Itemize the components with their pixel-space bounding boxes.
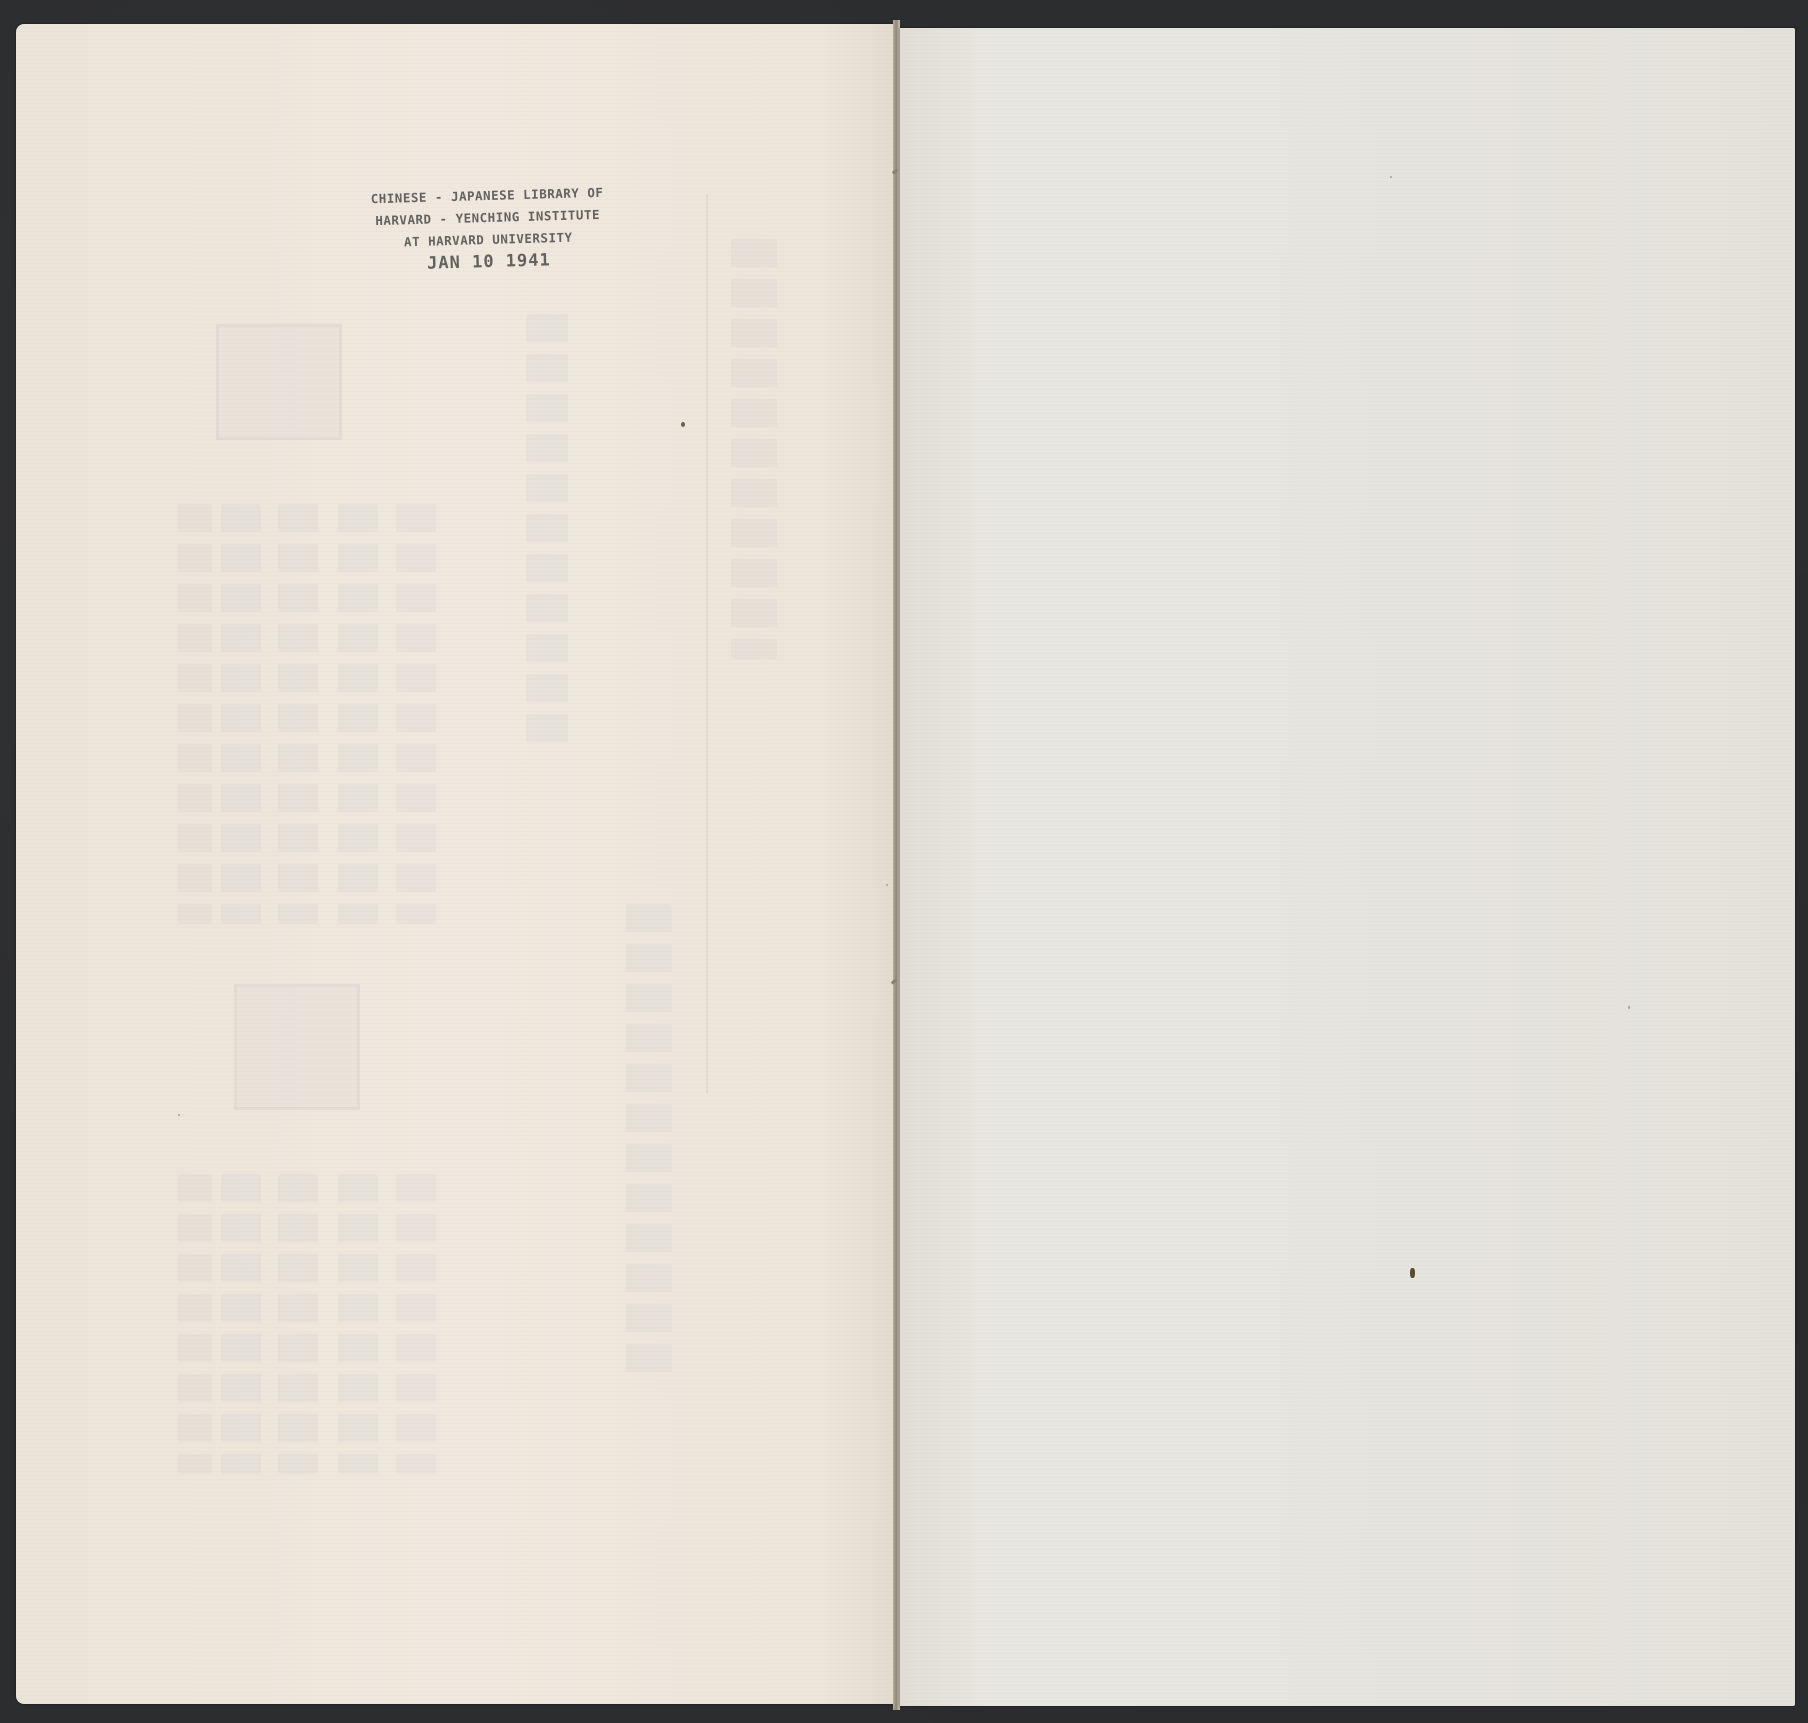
bleed-through-column xyxy=(338,1174,378,1474)
left-page: CHINESE - JAPANESE LIBRARY OF HARVARD - … xyxy=(16,24,896,1704)
bleed-through-column xyxy=(731,239,777,659)
bleed-through-column xyxy=(338,504,378,924)
bleed-through-column xyxy=(626,904,672,1374)
paper-speck xyxy=(1390,176,1392,178)
bleed-through-column xyxy=(396,504,436,924)
bleed-through-column xyxy=(396,1174,436,1474)
library-acquisition-stamp: CHINESE - JAPANESE LIBRARY OF HARVARD - … xyxy=(367,182,609,277)
bleed-through-column xyxy=(221,504,261,924)
bleed-through-column xyxy=(526,314,568,754)
book-spine-gutter xyxy=(893,20,900,1710)
bleed-through-column xyxy=(178,504,212,924)
paper-speck xyxy=(886,884,888,886)
bleed-through-column xyxy=(278,1174,318,1474)
spine-nick xyxy=(892,168,899,174)
right-page xyxy=(900,28,1795,1706)
paper-speck xyxy=(1628,1006,1630,1009)
paper-speck xyxy=(681,422,685,427)
bleed-through-seal xyxy=(216,324,342,440)
paper-speck xyxy=(1410,1268,1415,1278)
bleed-through-column xyxy=(178,1174,212,1474)
bleed-through-border-line xyxy=(706,194,708,1094)
paper-speck xyxy=(178,1114,180,1116)
bleed-through-column xyxy=(278,504,318,924)
bleed-through-column xyxy=(221,1174,261,1474)
bleed-through-seal xyxy=(234,984,360,1110)
